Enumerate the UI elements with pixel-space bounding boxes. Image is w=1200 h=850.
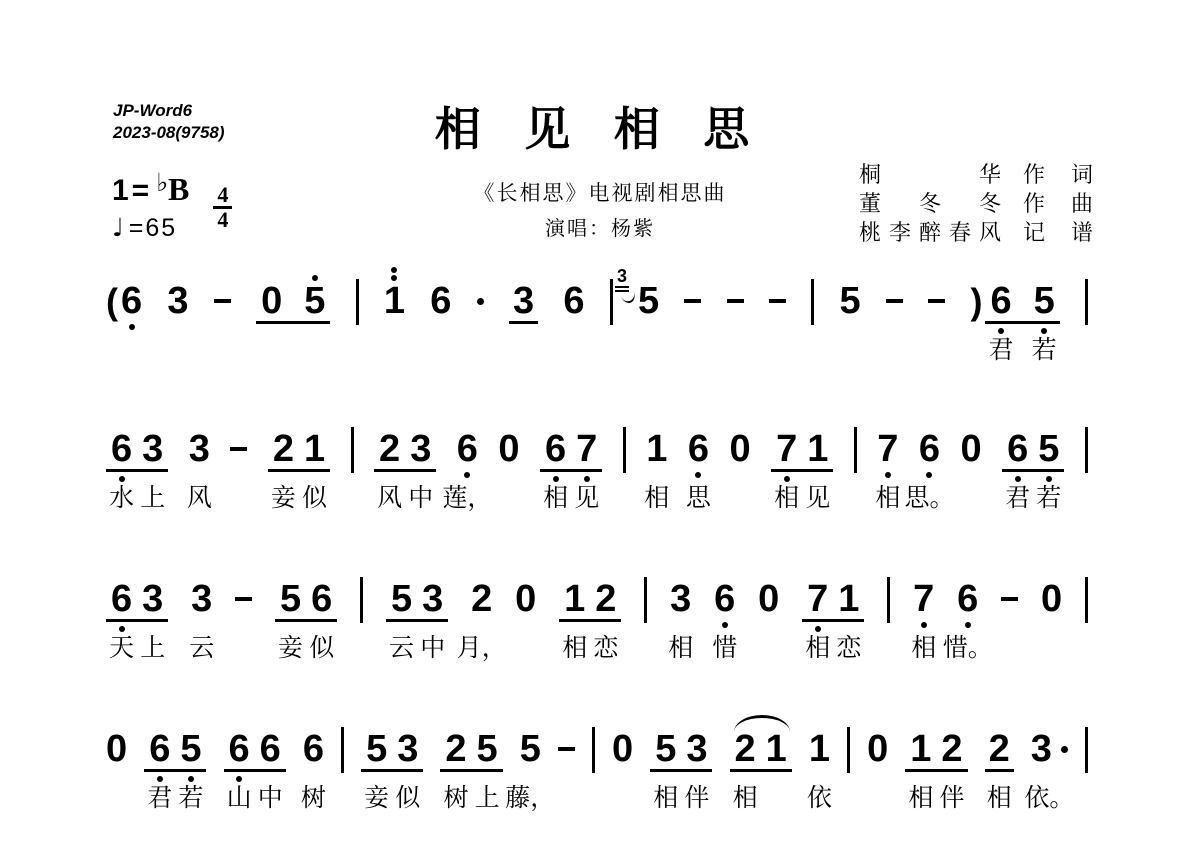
- octave-dot-below: [722, 622, 728, 628]
- beam-group: 5云3中: [386, 582, 448, 622]
- lyric-syllable: 相: [562, 634, 587, 664]
- dash-continuation: [727, 299, 744, 303]
- lyric-syllable: 思。: [904, 484, 954, 514]
- note-digit: 0: [961, 432, 982, 466]
- note-digit: 3: [410, 432, 431, 466]
- lyric-syllable: 若: [1032, 336, 1057, 366]
- lyric-syllable: 相: [774, 484, 799, 514]
- credit-role-char: 作: [1023, 160, 1045, 189]
- note: 5若: [1034, 284, 1055, 318]
- credit-name-char: 桐: [859, 160, 881, 189]
- octave-dot-below: [885, 472, 891, 478]
- score-line-1: (63051636535)6君5若: [106, 284, 1088, 325]
- note: 6相: [545, 432, 566, 466]
- dash-continuation: [235, 597, 252, 601]
- lyric-syllable: 君: [147, 784, 172, 814]
- note: 5妾: [366, 732, 387, 766]
- lyric-syllable: 相: [644, 484, 669, 514]
- credit-name: 董冬冬: [859, 189, 1001, 218]
- note: 0: [261, 284, 282, 318]
- note: 0: [612, 732, 633, 766]
- barline: [341, 727, 344, 773]
- credit-name-char: 醉: [919, 218, 941, 247]
- dash-continuation: [558, 747, 575, 751]
- note-digit: 7: [807, 582, 828, 616]
- dash-continuation: [886, 299, 903, 303]
- grace-beam-line: [615, 290, 629, 292]
- note: 6思。: [919, 432, 940, 466]
- note: 6水: [111, 432, 132, 466]
- beam-group: 1相2恋: [559, 582, 621, 622]
- note-digit: 7: [877, 432, 898, 466]
- lyric-syllable: 莲，: [442, 484, 492, 514]
- note: 6惜: [714, 582, 735, 616]
- barline: [847, 727, 850, 773]
- note-digit: 5: [840, 284, 861, 318]
- lyric-syllable: 云: [189, 634, 214, 664]
- note-digit: 0: [1041, 582, 1062, 616]
- beam-group: 5相3伴: [650, 732, 712, 772]
- note-digit: 6: [1007, 432, 1028, 466]
- note-digit: 1: [646, 432, 667, 466]
- credit-role-char: 曲: [1071, 189, 1093, 218]
- note: 3似: [397, 732, 418, 766]
- note: 1: [384, 284, 405, 318]
- barline: [1085, 279, 1088, 325]
- barline: [1085, 577, 1088, 623]
- lyric-syllable: 恋: [836, 634, 861, 664]
- lyric-syllable: 上: [475, 784, 500, 814]
- note-digit: 3: [142, 432, 163, 466]
- credits-block: 桐华作词董冬冬作曲桃李醉春风记谱: [859, 160, 1093, 247]
- lyric-syllable: 相: [987, 784, 1012, 814]
- beam-group: 2树5上: [440, 732, 502, 772]
- note: 6: [121, 284, 142, 318]
- note-digit: 3: [686, 732, 707, 766]
- note: 6山: [229, 732, 250, 766]
- lyric-syllable: 云: [389, 634, 414, 664]
- credit-role-char: 词: [1071, 160, 1093, 189]
- note-digit: 2: [273, 432, 294, 466]
- octave-dot-below: [553, 476, 559, 482]
- note-digit: 5: [280, 582, 301, 616]
- note: 0: [758, 582, 779, 616]
- beam-group: 6天3上: [106, 582, 168, 622]
- note-digit: 3: [397, 732, 418, 766]
- lyric-syllable: 月，: [457, 634, 507, 664]
- note: 7相: [913, 582, 934, 616]
- note: 6似: [311, 582, 332, 616]
- lyric-syllable: 依。: [1024, 784, 1074, 814]
- note: 5: [840, 284, 861, 318]
- note: 2相: [985, 732, 1014, 772]
- lyric-syllable: 似: [302, 484, 327, 514]
- note-digit: 1: [910, 732, 931, 766]
- octave-dot-above: [391, 267, 397, 273]
- note-digit: 1: [564, 582, 585, 616]
- note-digit: 3: [670, 582, 691, 616]
- lyric-syllable: 中: [420, 634, 445, 664]
- note: 5妾: [280, 582, 301, 616]
- note-digit: 6: [714, 582, 735, 616]
- lyric-syllable: 见: [805, 484, 830, 514]
- note-digit: 6: [990, 284, 1011, 318]
- note-digit: 6: [545, 432, 566, 466]
- note-digit: 6: [111, 582, 132, 616]
- note: 1见: [807, 432, 828, 466]
- cell-with-paren: (6: [106, 284, 142, 320]
- note-digit: 7: [913, 582, 934, 616]
- note: 6君: [990, 284, 1011, 318]
- note-digit: 0: [106, 732, 127, 766]
- note-digit: 6: [303, 732, 324, 766]
- note: 5相: [655, 732, 676, 766]
- note: 6莲，: [457, 432, 478, 466]
- note-digit: 5: [180, 732, 201, 766]
- note-digit: 7: [776, 432, 797, 466]
- lyric-syllable: 相: [543, 484, 568, 514]
- note-digit: 0: [261, 284, 282, 318]
- lyric-syllable: 山: [227, 784, 252, 814]
- note: 6君: [149, 732, 170, 766]
- credit-name-char: 董: [859, 189, 881, 218]
- grace-note-digit: 3: [613, 268, 631, 284]
- note: 7相: [776, 432, 797, 466]
- note-digit: 1: [838, 582, 859, 616]
- note: 3云: [191, 582, 212, 616]
- beam-group: 2妾1似: [268, 432, 330, 472]
- dash-continuation: [230, 447, 247, 451]
- note: 1: [766, 732, 787, 766]
- note-digit: 2: [471, 582, 492, 616]
- note-digit: 3: [167, 284, 188, 318]
- grace-beam-line: [615, 286, 629, 288]
- note: 3风: [189, 432, 210, 466]
- note: 3中: [410, 432, 431, 466]
- lyric-syllable: 若: [178, 784, 203, 814]
- octave-dot-below: [695, 472, 701, 478]
- note: 0: [729, 432, 750, 466]
- note-digit: 3: [513, 284, 534, 318]
- lyric-syllable: 依: [807, 784, 832, 814]
- beam-group: 5妾3似: [361, 732, 423, 772]
- note-digit: 1: [384, 284, 405, 318]
- lyric-syllable: 似: [395, 784, 420, 814]
- barline: [1085, 727, 1088, 773]
- note: 2恋: [595, 582, 616, 616]
- note-digit: 2: [379, 432, 400, 466]
- note: 3相: [670, 582, 691, 616]
- barline: [854, 427, 857, 473]
- note-digit: 0: [867, 732, 888, 766]
- octave-dot-below: [119, 626, 125, 632]
- note-digit: 1: [809, 732, 830, 766]
- note: 0: [498, 432, 519, 466]
- note: 5上: [477, 732, 498, 766]
- note-digit: 5: [391, 582, 412, 616]
- lyric-syllable: 惜: [712, 634, 737, 664]
- lyric-syllable: 君: [989, 336, 1014, 366]
- song-title: 相 见 相 思: [0, 104, 1200, 156]
- note: 6: [563, 284, 584, 318]
- barline: [811, 279, 814, 325]
- note-digit: 2: [735, 732, 756, 766]
- credit-role: 作曲: [1023, 189, 1093, 218]
- note-digit: 0: [515, 582, 536, 616]
- note: 5若: [180, 732, 201, 766]
- note: 1依: [809, 732, 830, 766]
- note: 3: [167, 284, 188, 318]
- note-digit: 6: [957, 582, 978, 616]
- lyric-syllable: 上: [140, 484, 165, 514]
- octave-dot-below: [584, 476, 590, 482]
- lyric-syllable: 中: [408, 484, 433, 514]
- note-digit: 3: [142, 582, 163, 616]
- lyric-syllable: 相: [733, 784, 758, 814]
- note: 2月，: [471, 582, 492, 616]
- lyric-syllable: 若: [1036, 484, 1061, 514]
- parenthesis: ): [970, 284, 982, 320]
- lyric-syllable: 藤，: [505, 784, 555, 814]
- note: 3: [509, 284, 538, 324]
- barline: [356, 279, 359, 325]
- note: 1相: [564, 582, 585, 616]
- note-digit: 6: [229, 732, 250, 766]
- note-digit: 6: [111, 432, 132, 466]
- barline: [1085, 427, 1088, 473]
- credit-role-char: 记: [1023, 218, 1045, 247]
- lyric-syllable: 见: [574, 484, 599, 514]
- credit-name-char: 桃: [859, 218, 881, 247]
- note-digit: 0: [729, 432, 750, 466]
- credit-role-char: 谱: [1071, 218, 1093, 247]
- octave-dot-below: [1041, 328, 1047, 334]
- note-digit: 6: [121, 284, 142, 318]
- beam-group: 6君5若: [1002, 432, 1064, 472]
- beam-group: 6水3上: [106, 432, 168, 472]
- note-digit: 5: [655, 732, 676, 766]
- octave-dot-below: [119, 476, 125, 482]
- beam-group: 6相7见: [540, 432, 602, 472]
- note-digit: 5: [477, 732, 498, 766]
- note-digit: 1: [766, 732, 787, 766]
- note: 5: [304, 284, 325, 318]
- note-digit: 5: [304, 284, 325, 318]
- note-digit: 2: [989, 732, 1010, 766]
- score-line-4: 06君5若6山6中6树5妾3似2树5上5藤，05相3伴2相11依01相2伴2相3…: [106, 732, 1088, 773]
- credit-name-char: 冬: [979, 189, 1001, 218]
- octave-dot-below: [157, 776, 163, 782]
- augmentation-dot: [1061, 746, 1068, 753]
- octave-dot-below: [784, 476, 790, 482]
- note: 3伴: [686, 732, 707, 766]
- dash-continuation: [684, 299, 701, 303]
- lyric-syllable: 妾: [364, 784, 389, 814]
- octave-dot-below: [464, 472, 470, 478]
- note: 5云: [391, 582, 412, 616]
- note: 6中: [260, 732, 281, 766]
- score-line-2: 6水3上3风2妾1似2风3中6莲，06相7见1相6思07相1见7相6思。06君5…: [106, 432, 1088, 473]
- note-digit: 2: [941, 732, 962, 766]
- credit-name-char: 华: [979, 160, 1001, 189]
- lyric-syllable: 风: [187, 484, 212, 514]
- barline: [592, 727, 595, 773]
- beam-group: 6山6中: [224, 732, 286, 772]
- note: 7相: [877, 432, 898, 466]
- note-digit: 3: [191, 582, 212, 616]
- beam-group: 2相1: [730, 732, 792, 772]
- note: 1恋: [838, 582, 859, 616]
- note-digit: 6: [149, 732, 170, 766]
- note: 6君: [1007, 432, 1028, 466]
- beam-group: 5妾6似: [275, 582, 337, 622]
- note-digit: 2: [445, 732, 466, 766]
- dash-continuation: [769, 299, 786, 303]
- lyric-syllable: 风: [377, 484, 402, 514]
- dash-continuation: [928, 299, 945, 303]
- note: 6: [430, 284, 451, 318]
- note: 2伴: [941, 732, 962, 766]
- credit-role-char: 作: [1023, 189, 1045, 218]
- note-digit: 6: [688, 432, 709, 466]
- lyric-syllable: 妾: [278, 634, 303, 664]
- note: 3依。: [1031, 732, 1068, 766]
- grace-note: 3: [613, 268, 631, 292]
- note: 1相: [646, 432, 667, 466]
- note: 5若: [1038, 432, 1059, 466]
- score-line-3: 6天3上3云5妾6似5云3中2月，01相2恋3相6惜07相1恋7相6惜。0: [106, 582, 1088, 623]
- credit-role: 记谱: [1023, 218, 1093, 247]
- note: 3上: [142, 432, 163, 466]
- note: 0: [961, 432, 982, 466]
- credit-row: 桐华作词: [859, 160, 1093, 189]
- note: 2妾: [273, 432, 294, 466]
- note-digit: 3: [1031, 732, 1052, 766]
- lyric-syllable: 相: [805, 634, 830, 664]
- note: 2风: [379, 432, 400, 466]
- lyric-syllable: 水: [109, 484, 134, 514]
- augmentation-dot: [477, 298, 484, 305]
- note-digit: 6: [260, 732, 281, 766]
- beam-group: 7相1见: [771, 432, 833, 472]
- sheet-music-page: JP-Word6 2023-08(9758) 1=♭B 4 4 ♩=65 相 见…: [0, 0, 1200, 850]
- parenthesis: (: [106, 284, 118, 320]
- credit-name-char: 冬: [919, 189, 941, 218]
- barline: [644, 577, 647, 623]
- lyric-syllable: 上: [140, 634, 165, 664]
- credit-name-char: 春: [949, 218, 971, 247]
- note-digit: 3: [422, 582, 443, 616]
- lyric-syllable: 天: [109, 634, 134, 664]
- beam-group: 7相1恋: [802, 582, 864, 622]
- octave-dot-below: [921, 622, 927, 628]
- credit-name-char: 风: [979, 218, 1001, 247]
- note: 0: [515, 582, 536, 616]
- credit-row: 桃李醉春风记谱: [859, 218, 1093, 247]
- octave-dot-below: [965, 622, 971, 628]
- lyric-syllable: 中: [258, 784, 283, 814]
- note-digit: 6: [311, 582, 332, 616]
- beam-group: 1相2伴: [905, 732, 967, 772]
- note: 7见: [576, 432, 597, 466]
- credit-name: 桐华: [859, 160, 1001, 189]
- beam-group: 6君5若: [144, 732, 206, 772]
- note: 53: [638, 284, 659, 318]
- octave-dot-below: [188, 776, 194, 782]
- octave-dot-below: [998, 328, 1004, 334]
- note-digit: 0: [612, 732, 633, 766]
- grace-slur: [621, 291, 638, 306]
- octave-dot-below: [815, 626, 821, 632]
- barline: [360, 577, 363, 623]
- note: 6惜。: [957, 582, 978, 616]
- octave-dot-above: [391, 275, 397, 281]
- note: 6天: [111, 582, 132, 616]
- lyric-syllable: 惜。: [943, 634, 993, 664]
- note: 1相: [910, 732, 931, 766]
- octave-dot-above: [312, 275, 318, 281]
- dash-continuation: [214, 299, 231, 303]
- note-digit: 5: [520, 732, 541, 766]
- note-digit: 5: [366, 732, 387, 766]
- note-digit: 7: [576, 432, 597, 466]
- credit-name-char: 李: [889, 218, 911, 247]
- note: 2相: [735, 732, 756, 766]
- beam-group: 2风3中: [374, 432, 436, 472]
- lyric-syllable: 君: [1005, 484, 1030, 514]
- dash-continuation: [1001, 597, 1018, 601]
- note-digit: 1: [807, 432, 828, 466]
- note: 6思: [688, 432, 709, 466]
- octave-dot-below: [236, 776, 242, 782]
- note-digit: 5: [638, 284, 659, 318]
- lyric-syllable: 相: [908, 784, 933, 814]
- cell-with-paren: )6君5若: [970, 284, 1059, 324]
- credit-name: 桃李醉春风: [859, 218, 1001, 247]
- note: 0: [1041, 582, 1062, 616]
- lyric-syllable: 思: [686, 484, 711, 514]
- note-digit: 1: [304, 432, 325, 466]
- lyric-syllable: 树: [443, 784, 468, 814]
- beam-group: 05: [256, 284, 330, 324]
- note-digit: 5: [1038, 432, 1059, 466]
- octave-dot-below: [1015, 476, 1021, 482]
- lyric-syllable: 恋: [593, 634, 618, 664]
- note-digit: 2: [595, 582, 616, 616]
- lyric-syllable: 伴: [684, 784, 709, 814]
- note: 2树: [445, 732, 466, 766]
- note-digit: 5: [1034, 284, 1055, 318]
- beam-group: 6君5若: [985, 284, 1059, 324]
- note: 0: [867, 732, 888, 766]
- lyric-syllable: 相: [911, 634, 936, 664]
- lyric-syllable: 伴: [939, 784, 964, 814]
- barline: [887, 577, 890, 623]
- note-digit: 6: [457, 432, 478, 466]
- lyric-syllable: 树: [301, 784, 326, 814]
- credit-role: 作词: [1023, 160, 1093, 189]
- note: 3上: [142, 582, 163, 616]
- barline: [623, 427, 626, 473]
- note: 1似: [304, 432, 325, 466]
- note-digit: 0: [498, 432, 519, 466]
- lyric-syllable: 相: [668, 634, 693, 664]
- note: 0: [106, 732, 127, 766]
- lyric-syllable: 相: [875, 484, 900, 514]
- octave-dot-below: [129, 324, 135, 330]
- note: 5藤，: [520, 732, 541, 766]
- note-digit: 3: [189, 432, 210, 466]
